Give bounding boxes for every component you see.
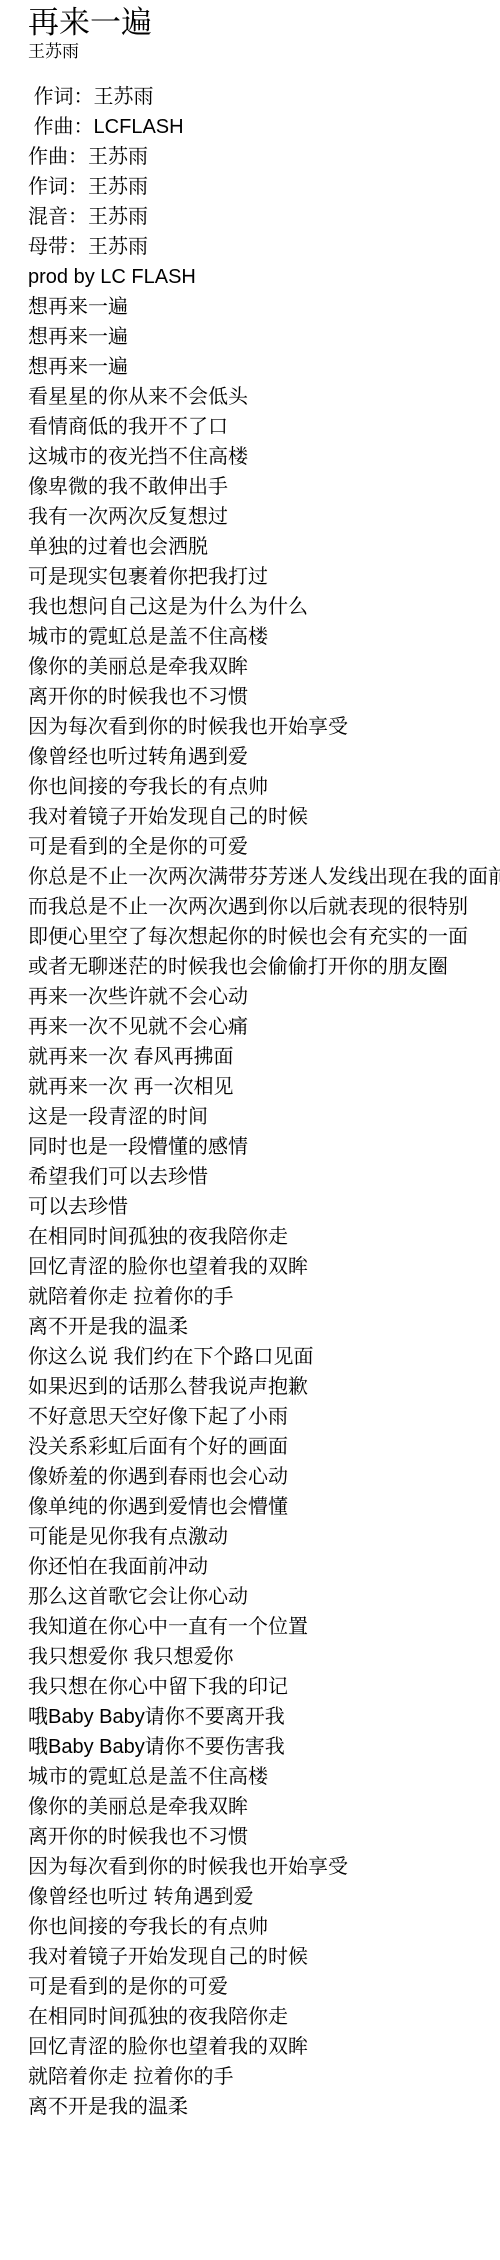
lyric-line: 想再来一遍	[28, 352, 500, 382]
lyric-line: 再来一次不见就不会心痛	[28, 1012, 500, 1042]
lyric-line: 我对着镜子开始发现自己的时候	[28, 1942, 500, 1972]
lyric-line: 因为每次看到你的时候我也开始享受	[28, 712, 500, 742]
lyric-line: 单独的过着也会洒脱	[28, 532, 500, 562]
lyric-line: 就陪着你走 拉着你的手	[28, 1282, 500, 1312]
lyric-line: 那么这首歌它会让你心动	[28, 1582, 500, 1612]
lyric-line: 我只想爱你 我只想爱你	[28, 1642, 500, 1672]
lyric-line: 哦Baby Baby请你不要伤害我	[28, 1732, 500, 1762]
lyric-line: 回忆青涩的脸你也望着我的双眸	[28, 2032, 500, 2062]
lyric-line: 我对着镜子开始发现自己的时候	[28, 802, 500, 832]
lyric-line: prod by LC FLASH	[28, 262, 500, 292]
lyric-line: 城市的霓虹总是盖不住高楼	[28, 622, 500, 652]
lyric-line: 像你的美丽总是牵我双眸	[28, 1792, 500, 1822]
lyric-line: 我知道在你心中一直有一个位置	[28, 1612, 500, 1642]
lyric-line: 如果迟到的话那么替我说声抱歉	[28, 1372, 500, 1402]
lyric-line: 在相同时间孤独的夜我陪你走	[28, 2002, 500, 2032]
lyric-line: 这是一段青涩的时间	[28, 1102, 500, 1132]
lyric-line: 回忆青涩的脸你也望着我的双眸	[28, 1252, 500, 1282]
lyric-line: 希望我们可以去珍惜	[28, 1162, 500, 1192]
lyric-line: 你也间接的夸我长的有点帅	[28, 772, 500, 802]
lyric-line: 像你的美丽总是牵我双眸	[28, 652, 500, 682]
lyric-line: 或者无聊迷茫的时候我也会偷偷打开你的朋友圈	[28, 952, 500, 982]
song-title: 再来一遍	[28, 6, 500, 40]
lyric-line: 像曾经也听过 转角遇到爱	[28, 1882, 500, 1912]
lyric-line: 我也想问自己这是为什么为什么	[28, 592, 500, 622]
lyric-line: 可是现实包裹着你把我打过	[28, 562, 500, 592]
lyric-line: 离开你的时候我也不习惯	[28, 682, 500, 712]
lyrics-list: 作词：王苏雨 作曲：LCFLASH作曲：王苏雨作词：王苏雨混音：王苏雨母带：王苏…	[28, 82, 500, 2122]
lyric-line: 你这么说 我们约在下个路口见面	[28, 1342, 500, 1372]
lyric-line: 这城市的夜光挡不住高楼	[28, 442, 500, 472]
artist-name: 王苏雨	[28, 40, 500, 64]
lyric-line: 你也间接的夸我长的有点帅	[28, 1912, 500, 1942]
lyric-line: 在相同时间孤独的夜我陪你走	[28, 1222, 500, 1252]
lyric-line: 母带：王苏雨	[28, 232, 500, 262]
lyric-line: 不好意思天空好像下起了小雨	[28, 1402, 500, 1432]
lyric-line: 而我总是不止一次两次遇到你以后就表现的很特别	[28, 892, 500, 922]
lyric-line: 看星星的你从来不会低头	[28, 382, 500, 412]
lyric-line: 想再来一遍	[28, 292, 500, 322]
lyric-line: 即便心里空了每次想起你的时候也会有充实的一面	[28, 922, 500, 952]
lyric-line: 就陪着你走 拉着你的手	[28, 2062, 500, 2092]
lyric-line: 可以去珍惜	[28, 1192, 500, 1222]
lyric-line: 作词：王苏雨	[28, 82, 500, 112]
lyric-line: 想再来一遍	[28, 322, 500, 352]
lyric-line: 就再来一次 再一次相见	[28, 1072, 500, 1102]
lyric-line: 我只想在你心中留下我的印记	[28, 1672, 500, 1702]
lyric-line: 你还怕在我面前冲动	[28, 1552, 500, 1582]
lyric-line: 我有一次两次反复想过	[28, 502, 500, 532]
lyric-line: 可是看到的全是你的可爱	[28, 832, 500, 862]
lyric-line: 混音：王苏雨	[28, 202, 500, 232]
lyric-line: 没关系彩虹后面有个好的画面	[28, 1432, 500, 1462]
lyric-line: 同时也是一段懵懂的感情	[28, 1132, 500, 1162]
lyric-line: 像曾经也听过转角遇到爱	[28, 742, 500, 772]
lyric-line: 再来一次些许就不会心动	[28, 982, 500, 1012]
lyric-line: 可是看到的是你的可爱	[28, 1972, 500, 2002]
lyric-line: 看情商低的我开不了口	[28, 412, 500, 442]
lyric-line: 离不开是我的温柔	[28, 2092, 500, 2122]
lyric-line: 就再来一次 春风再拂面	[28, 1042, 500, 1072]
lyric-line: 像娇羞的你遇到春雨也会心动	[28, 1462, 500, 1492]
lyric-line: 城市的霓虹总是盖不住高楼	[28, 1762, 500, 1792]
lyric-line: 作词：王苏雨	[28, 172, 500, 202]
lyric-line: 哦Baby Baby请你不要离开我	[28, 1702, 500, 1732]
lyric-line: 像单纯的你遇到爱情也会懵懂	[28, 1492, 500, 1522]
lyric-line: 像卑微的我不敢伸出手	[28, 472, 500, 502]
lyric-line: 可能是见你我有点激动	[28, 1522, 500, 1552]
lyric-line: 作曲：LCFLASH	[28, 112, 500, 142]
lyric-line: 作曲：王苏雨	[28, 142, 500, 172]
lyric-line: 离不开是我的温柔	[28, 1312, 500, 1342]
lyric-line: 因为每次看到你的时候我也开始享受	[28, 1852, 500, 1882]
lyrics-page: 再来一遍 王苏雨 作词：王苏雨 作曲：LCFLASH作曲：王苏雨作词：王苏雨混音…	[0, 0, 500, 2122]
lyric-line: 离开你的时候我也不习惯	[28, 1822, 500, 1852]
lyric-line: 你总是不止一次两次满带芬芳迷人发线出现在我的面前	[28, 862, 500, 892]
